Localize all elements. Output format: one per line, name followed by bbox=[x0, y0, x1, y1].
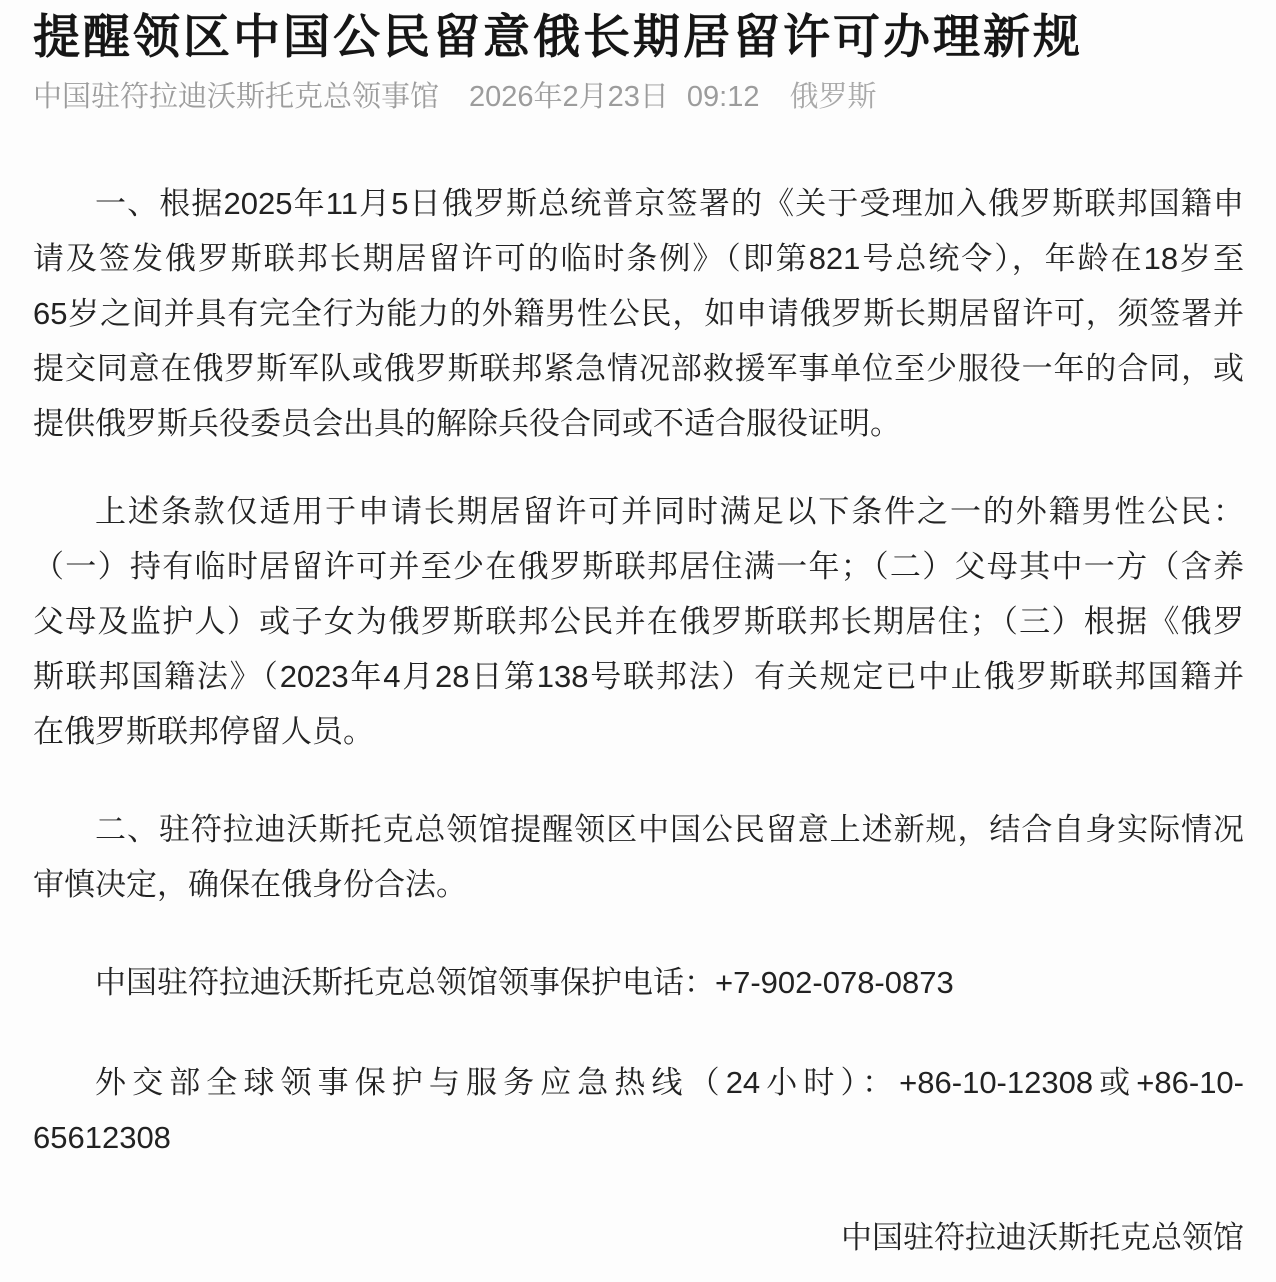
paragraph-2: 上述条款仅适用于申请长期居留许可并同时满足以下条件之一的外籍男性公民： （一）持… bbox=[33, 484, 1244, 759]
paragraph-line: 斯联邦国籍法》（2023年4月28日第138号联邦法）有关规定已中止俄罗斯联邦国… bbox=[33, 649, 1244, 704]
article-page: 提醒领区中国公民留意俄长期居留许可办理新规 中国驻符拉迪沃斯托克总领事馆 202… bbox=[0, 0, 1276, 1282]
paragraph-line: 请及签发俄罗斯联邦长期居留许可的临时条例》（即第821号总统令），年龄在18岁至 bbox=[33, 231, 1244, 286]
article-title: 提醒领区中国公民留意俄长期居留许可办理新规 bbox=[33, 8, 1244, 66]
paragraph-line: 二、驻符拉迪沃斯托克总领馆提醒领区中国公民留意上述新规，结合自身实际情况 bbox=[33, 802, 1244, 857]
signature: 中国驻符拉迪沃斯托克总领馆 bbox=[33, 1210, 1244, 1265]
byline: 中国驻符拉迪沃斯托克总领事馆 2026年2月23日 09:12 俄罗斯 bbox=[33, 80, 1244, 114]
paragraph-3: 二、驻符拉迪沃斯托克总领馆提醒领区中国公民留意上述新规，结合自身实际情况 审慎决… bbox=[33, 802, 1244, 912]
paragraph-line: 父母及监护人）或子女为俄罗斯联邦公民并在俄罗斯联邦长期居住；（三）根据《俄罗 bbox=[33, 594, 1244, 649]
article-body: 一、根据2025年11月5日俄罗斯总统普京签署的《关于受理加入俄罗斯联邦国籍申 … bbox=[33, 176, 1244, 1265]
paragraph-line: 一、根据2025年11月5日俄罗斯总统普京签署的《关于受理加入俄罗斯联邦国籍申 bbox=[33, 176, 1244, 231]
paragraph-line: 上述条款仅适用于申请长期居留许可并同时满足以下条件之一的外籍男性公民： bbox=[33, 484, 1244, 539]
paragraph-line: （一）持有临时居留许可并至少在俄罗斯联邦居住满一年；（二）父母其中一方（含养 bbox=[33, 539, 1244, 594]
byline-source: 中国驻符拉迪沃斯托克总领事馆 bbox=[33, 80, 439, 114]
paragraph-consular-phone: 中国驻符拉迪沃斯托克总领馆领事保护电话：+7-902-078-0873 bbox=[33, 955, 1244, 1010]
paragraph-line: 65岁之间并具有完全行为能力的外籍男性公民，如申请俄罗斯长期居留许可，须签署并 bbox=[33, 286, 1244, 341]
paragraph-line: 65612308 bbox=[33, 1110, 1244, 1165]
paragraph-line: 提供俄罗斯兵役委员会出具的解除兵役合同或不适合服役证明。 bbox=[33, 396, 1244, 451]
paragraph-line: 在俄罗斯联邦停留人员。 bbox=[33, 704, 1244, 759]
byline-date: 2026年2月23日 bbox=[469, 80, 669, 114]
byline-time: 09:12 bbox=[687, 80, 760, 114]
paragraph-1: 一、根据2025年11月5日俄罗斯总统普京签署的《关于受理加入俄罗斯联邦国籍申 … bbox=[33, 176, 1244, 451]
paragraph-line: 中国驻符拉迪沃斯托克总领馆领事保护电话：+7-902-078-0873 bbox=[33, 955, 1244, 1010]
byline-location: 俄罗斯 bbox=[790, 80, 877, 114]
paragraph-line: 审慎决定，确保在俄身份合法。 bbox=[33, 857, 1244, 912]
paragraph-hotline: 外交部全球领事保护与服务应急热线（24小时）：+86-10-12308或+86-… bbox=[33, 1055, 1244, 1165]
paragraph-line: 外交部全球领事保护与服务应急热线（24小时）：+86-10-12308或+86-… bbox=[33, 1055, 1244, 1110]
paragraph-line: 提交同意在俄罗斯军队或俄罗斯联邦紧急情况部救援军事单位至少服役一年的合同，或 bbox=[33, 341, 1244, 396]
